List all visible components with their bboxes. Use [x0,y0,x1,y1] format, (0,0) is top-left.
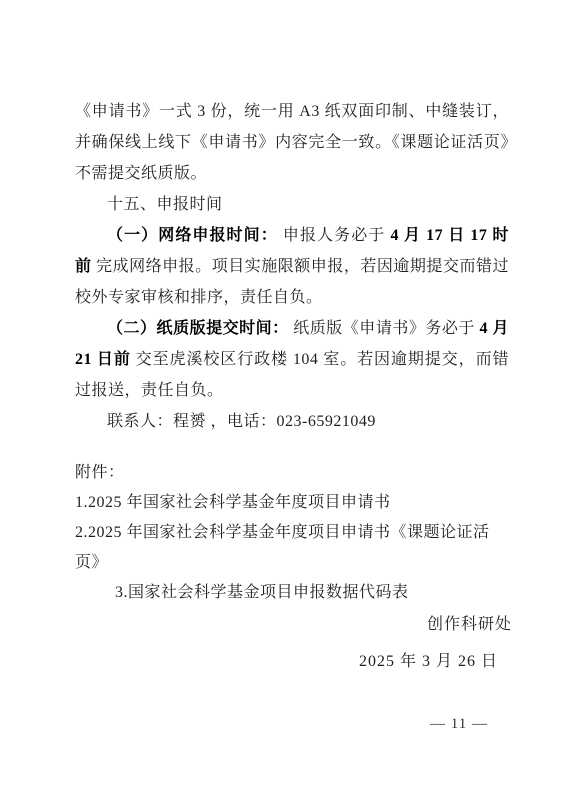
attachment-item-3: 3.国家社会科学基金项目申报数据代码表 [115,578,509,608]
contact-line: 联系人：程赟 ，电话：023-65921049 [75,406,509,437]
section-heading-text: 十五、申报时间 [107,196,223,213]
paragraph-paper-deadline: （二）纸质版提交时间： 纸质版《申请书》务必于 4 月 21 日前 交至虎溪校区… [75,313,509,406]
online-deadline-text-1: 申报人务必于 [283,227,391,244]
attachments-section: 附件： 1.2025 年国家社会科学基金年度项目申请书 2.2025 年国家社会… [75,458,509,608]
attachment-item-2: 2.2025 年国家社会科学基金年度项目申请书《课题论证活页》 [75,518,509,578]
signature-block: 创作科研处 2025 年 3 月 26 日 [75,606,512,680]
page-number: — 11 — [430,716,488,733]
document-body: 《申请书》一式 3 份，统一用 A3 纸双面印制、中缝装订，并确保线上线下《申请… [75,96,509,437]
signature-org: 创作科研处 [75,606,512,643]
document-page: 《申请书》一式 3 份，统一用 A3 纸双面印制、中缝装订，并确保线上线下《申请… [0,0,568,804]
section-heading: 十五、申报时间 [75,189,509,220]
paper-deadline-text-1: 纸质版《申请书》务必于 [293,320,479,337]
print-requirements-text: 《申请书》一式 3 份，统一用 A3 纸双面印制、中缝装订，并确保线上线下《申请… [75,103,509,182]
signature-date: 2025 年 3 月 26 日 [75,643,498,680]
paragraph-print-requirements: 《申请书》一式 3 份，统一用 A3 纸双面印制、中缝装订，并确保线上线下《申请… [75,96,509,189]
paper-deadline-label: （二）纸质版提交时间： [107,320,289,337]
online-deadline-text-2: 完成网络申报。项目实施限额申报，若因逾期提交而错过校外专家审核和排序，责任自负。 [75,258,509,306]
contact-text: 联系人：程赟 ，电话：023-65921049 [107,413,376,430]
attachment-item-1: 1.2025 年国家社会科学基金年度项目申请书 [75,488,509,518]
attachments-label: 附件： [75,458,509,488]
paragraph-online-deadline: （一）网络申报时间： 申报人务必于 4 月 17 日 17 时前 完成网络申报。… [75,220,509,313]
online-deadline-label: （一）网络申报时间： [107,227,278,244]
paper-deadline-text-2: 交至虎溪校区行政楼 104 室。若因逾期提交，而错过报送，责任自负。 [75,351,509,399]
